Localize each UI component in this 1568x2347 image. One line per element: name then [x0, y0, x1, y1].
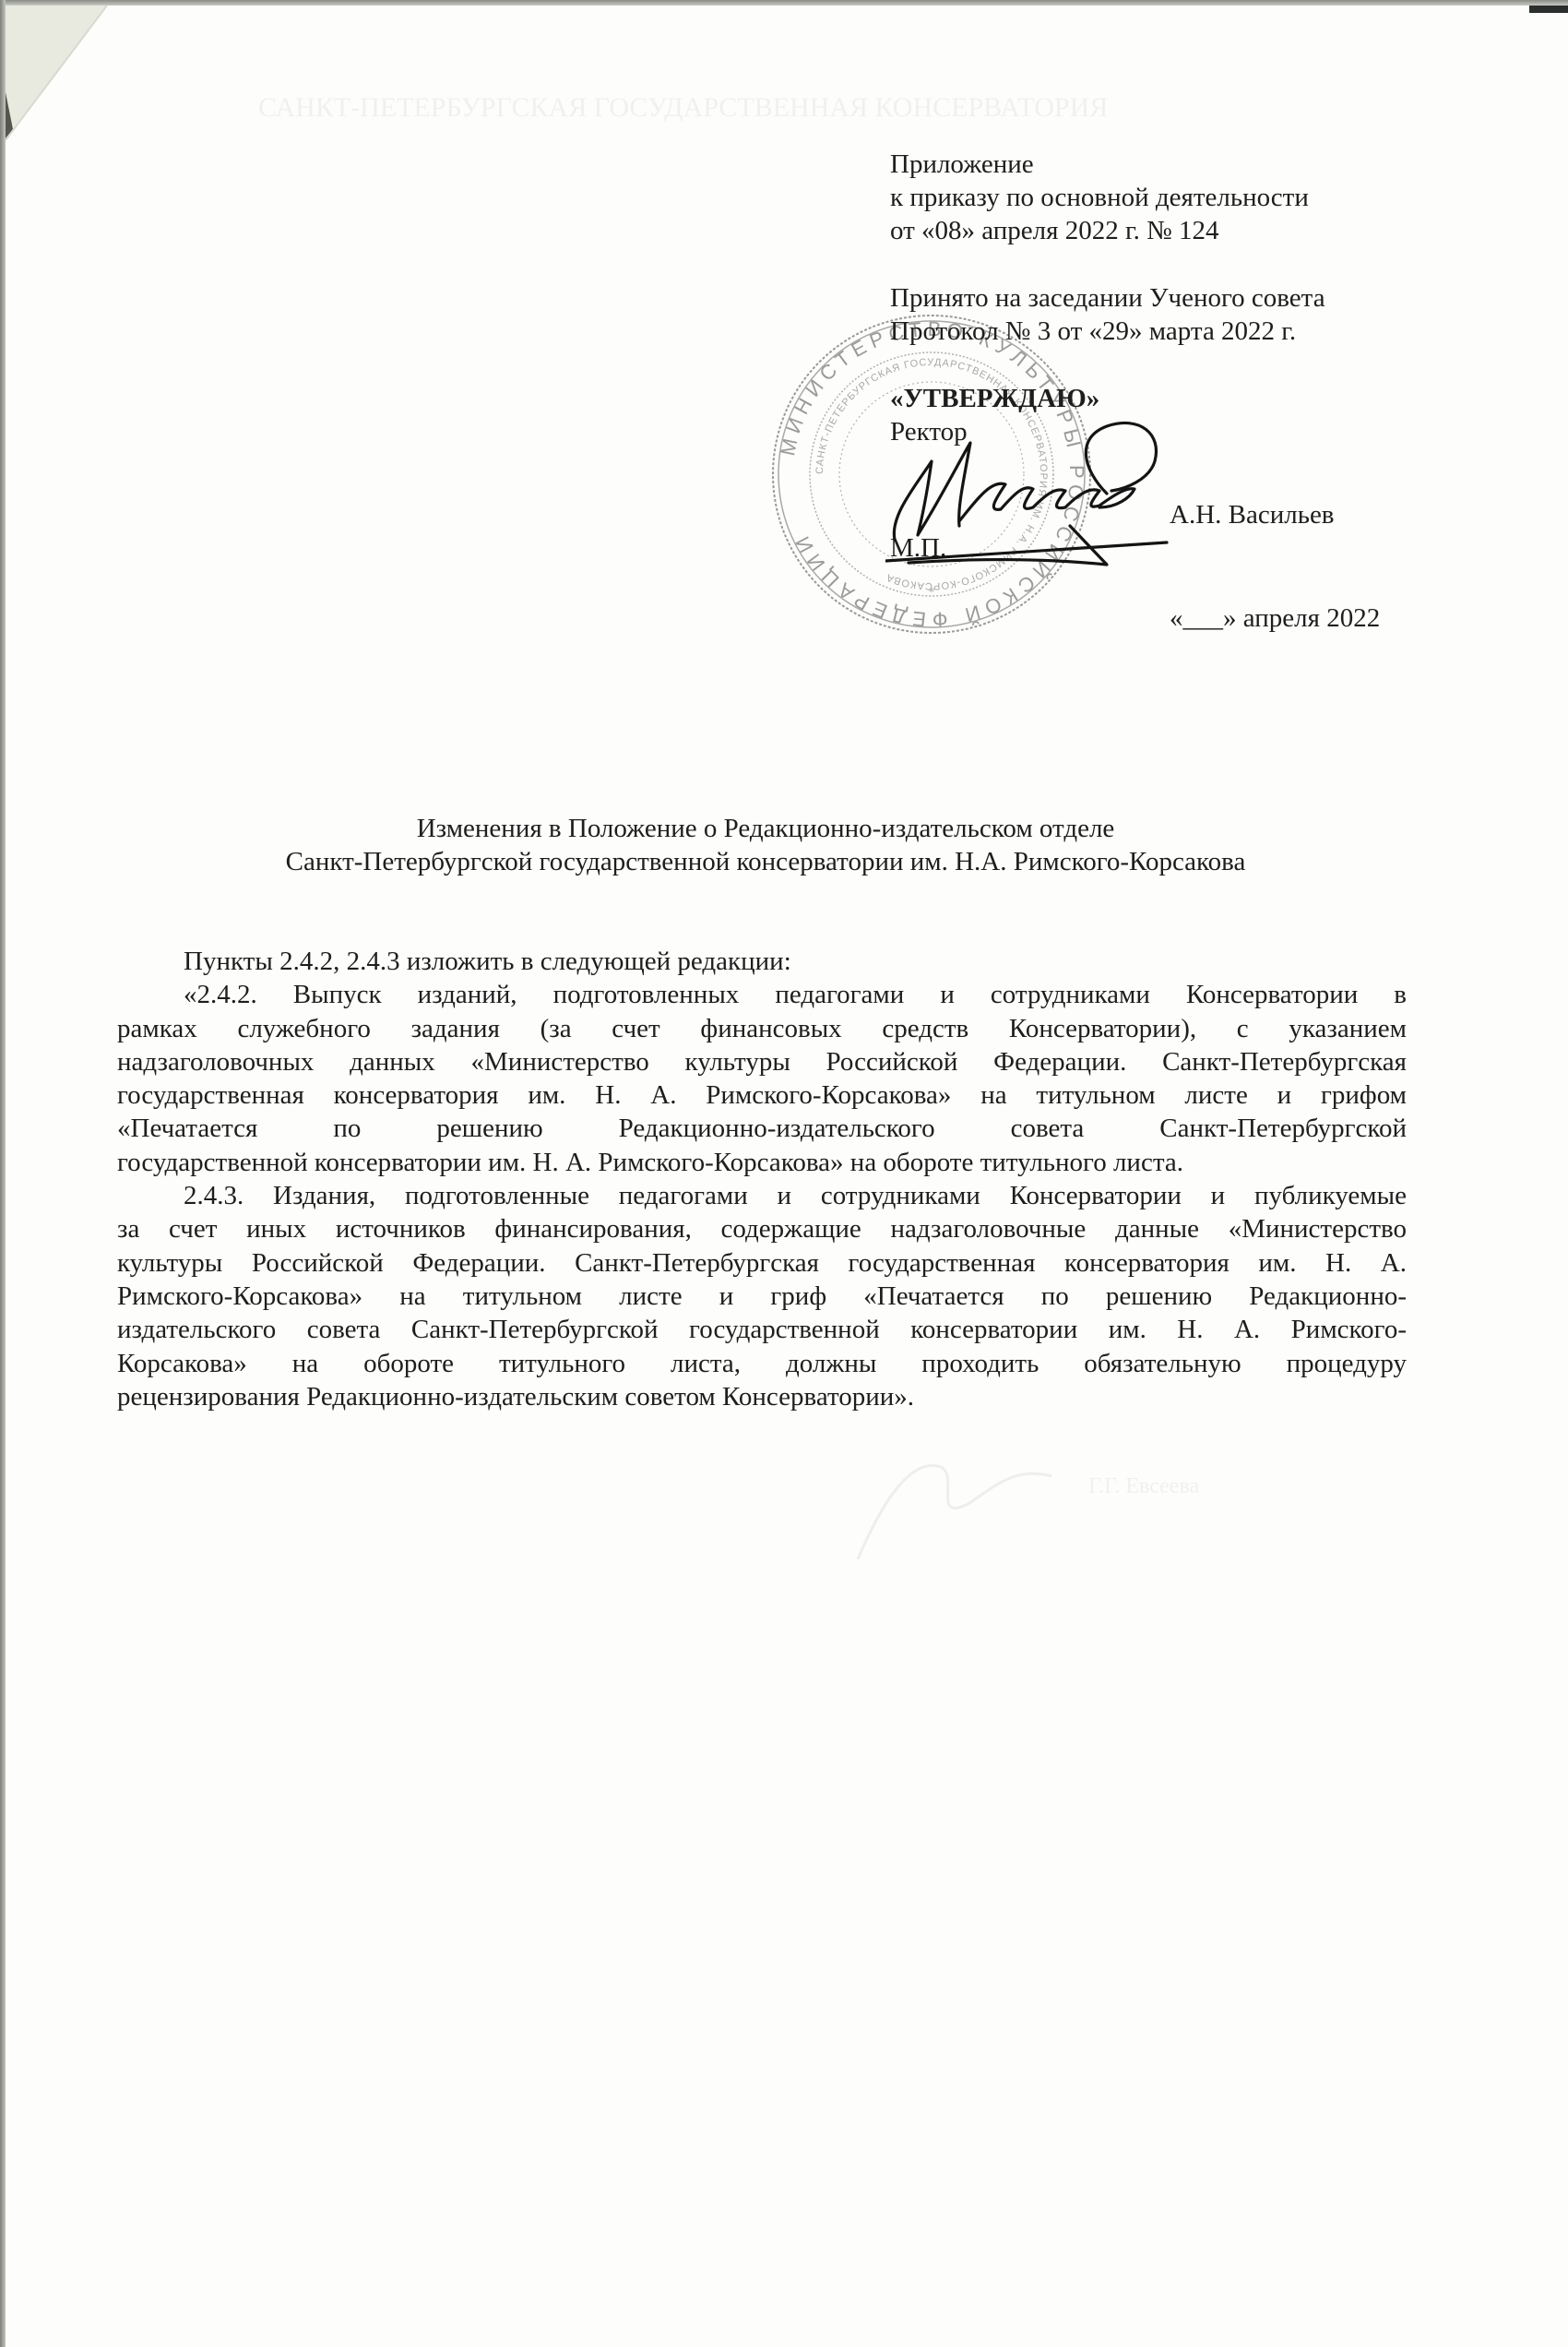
clause-line: рецензирования Редакционно-издательским … [117, 1380, 1407, 1413]
clause-line: «Печатается по решению Редакционно-издат… [117, 1112, 1407, 1145]
clause-2-4-2: «2.4.2. Выпуск изданий, подготовленных п… [117, 978, 1407, 1179]
bleed-through-signature [830, 1439, 1107, 1568]
appendix-label: Приложение [890, 148, 1034, 181]
order-date: от «08» апреля 2022 г. № 124 [890, 214, 1219, 247]
scan-left-edge [0, 0, 6, 2347]
clause-2-4-3: 2.4.3. Издания, подготовленные педагогам… [117, 1179, 1407, 1413]
scan-corner-mark [1529, 6, 1568, 13]
document-title-line1: Изменения в Положение о Редакционно-изда… [0, 812, 1531, 845]
clause-line: за счет иных источников финансирования, … [117, 1212, 1407, 1245]
clause-line: Корсакова» на обороте титульного листа, … [117, 1347, 1407, 1380]
protocol-note: Протокол № 3 от «29» марта 2022 г. [890, 315, 1296, 348]
clause-line: Римского-Корсакова» на титульном листе и… [117, 1280, 1407, 1313]
bleed-through-text: САНКТ-ПЕТЕРБУРГСКАЯ ГОСУДАРСТВЕННАЯ КОНС… [258, 92, 1108, 124]
approve-date: «___» апреля 2022 [1170, 602, 1380, 635]
document-body: Пункты 2.4.2, 2.4.3 изложить в следующей… [117, 945, 1407, 1413]
scan-top-edge [0, 0, 1568, 6]
clause-line: государственной консерватории им. Н. А. … [117, 1146, 1407, 1179]
clause-line: 2.4.3. Издания, подготовленные педагогам… [117, 1179, 1407, 1212]
folded-corner [0, 0, 120, 148]
intro-sentence: Пункты 2.4.2, 2.4.3 изложить в следующей… [117, 945, 1407, 978]
order-reference: к приказу по основной деятельности [890, 181, 1309, 214]
clause-line: государственная консерватория им. Н. А. … [117, 1078, 1407, 1112]
document-title-line2: Санкт-Петербургской государственной конс… [0, 845, 1531, 878]
clause-line: надзаголовочных данных «Министерство кул… [117, 1045, 1407, 1078]
approver-name: А.Н. Васильев [1170, 498, 1335, 531]
clause-line: культуры Российской Федерации. Санкт-Пет… [117, 1246, 1407, 1280]
clause-line: издательского совета Санкт-Петербургской… [117, 1313, 1407, 1346]
rector-signature [885, 406, 1181, 609]
clause-line: «2.4.2. Выпуск изданий, подготовленных п… [117, 978, 1407, 1011]
clause-line: рамках служебного задания (за счет финан… [117, 1012, 1407, 1045]
accepted-note: Принято на заседании Ученого совета [890, 281, 1325, 315]
